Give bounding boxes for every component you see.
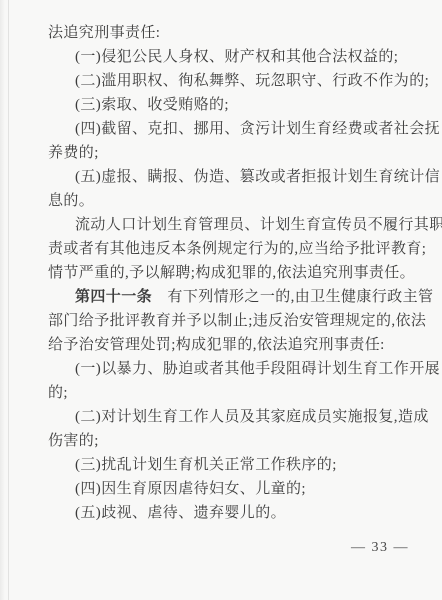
line-text: (三)索取、收受贿赂的; — [75, 97, 229, 113]
text-line: (三)索取、收受贿赂的; — [48, 93, 414, 117]
line-text: (一)侵犯公民人身权、财产权和其他合法权益的; — [75, 49, 398, 65]
text-line: (五)歧视、虐待、遗弃婴儿的。 — [48, 501, 414, 525]
line-text: 有下列情形之一的,由卫生健康行政主管 — [152, 289, 433, 305]
line-text: 养费的; — [48, 145, 99, 161]
text-line: 息的。 — [48, 189, 414, 213]
text-line: 第四十一条 有下列情形之一的,由卫生健康行政主管 — [48, 285, 414, 309]
line-text: (二)对计划生育工作人员及其家庭成员实施报复,造成 — [75, 409, 429, 425]
text-line: (一)侵犯公民人身权、财产权和其他合法权益的; — [48, 45, 414, 69]
text-line: 的; — [48, 381, 414, 405]
text-line: (四)因生育原因虐待妇女、儿童的; — [48, 477, 414, 501]
line-text: (一)以暴力、胁迫或者其他手段阻碍计划生育工作开展 — [75, 361, 440, 377]
scan-edge-shadow — [0, 0, 5, 600]
line-text: (四)截留、克扣、挪用、贪污计划生育经费或者社会抚 — [75, 121, 440, 137]
text-line: 责或者有其他违反本条例规定行为的,应当给予批评教育; — [48, 237, 414, 261]
text-line: 伤害的; — [48, 429, 414, 453]
line-text: 伤害的; — [48, 433, 99, 449]
page-number: — 33 — — [351, 540, 409, 556]
text-line: 部门给予批评教育并予以制止;违反治安管理规定的,依法 — [48, 309, 414, 333]
text-line: (五)虚报、瞒报、伪造、篡改或者拒报计划生育统计信 — [48, 165, 414, 189]
document-body-text: 法追究刑事责任:(一)侵犯公民人身权、财产权和其他合法权益的;(二)滥用职权、徇… — [48, 21, 414, 525]
text-line: (一)以暴力、胁迫或者其他手段阻碍计划生育工作开展 — [48, 357, 414, 381]
line-text: 部门给予批评教育并予以制止;违反治安管理规定的,依法 — [48, 313, 426, 329]
scan-edge-line — [8, 0, 9, 600]
line-text: 流动人口计划生育管理员、计划生育宣传员不履行其职 — [75, 217, 442, 233]
line-text: 给予治安管理处罚;构成犯罪的,依法追究刑事责任: — [48, 337, 385, 353]
text-line: (二)滥用职权、徇私舞弊、玩忽职守、行政不作为的; — [48, 69, 414, 93]
line-text: (五)虚报、瞒报、伪造、篡改或者拒报计划生育统计信 — [75, 169, 440, 185]
scanned-document-page: 法追究刑事责任:(一)侵犯公民人身权、财产权和其他合法权益的;(二)滥用职权、徇… — [0, 0, 442, 600]
text-line: 法追究刑事责任: — [48, 21, 414, 45]
article-number: 第四十一条 — [75, 289, 152, 305]
text-line: (四)截留、克扣、挪用、贪污计划生育经费或者社会抚 — [48, 117, 414, 141]
line-text: (二)滥用职权、徇私舞弊、玩忽职守、行政不作为的; — [75, 73, 429, 89]
text-line: 情节严重的,予以解聘;构成犯罪的,依法追究刑事责任。 — [48, 261, 414, 285]
line-text: 法追究刑事责任: — [48, 25, 160, 41]
line-text: (三)扰乱计划生育机关正常工作秩序的; — [75, 457, 337, 473]
line-text: (五)歧视、虐待、遗弃婴儿的。 — [75, 505, 286, 521]
text-line: 流动人口计划生育管理员、计划生育宣传员不履行其职 — [48, 213, 414, 237]
line-text: 责或者有其他违反本条例规定行为的,应当给予批评教育; — [48, 241, 426, 257]
text-line: 给予治安管理处罚;构成犯罪的,依法追究刑事责任: — [48, 333, 414, 357]
line-text: 息的。 — [48, 193, 94, 209]
line-text: 情节严重的,予以解聘;构成犯罪的,依法追究刑事责任。 — [48, 265, 415, 281]
text-line: 养费的; — [48, 141, 414, 165]
text-line: (二)对计划生育工作人员及其家庭成员实施报复,造成 — [48, 405, 414, 429]
line-text: (四)因生育原因虐待妇女、儿童的; — [75, 481, 306, 497]
line-text: 的; — [48, 385, 68, 401]
text-line: (三)扰乱计划生育机关正常工作秩序的; — [48, 453, 414, 477]
